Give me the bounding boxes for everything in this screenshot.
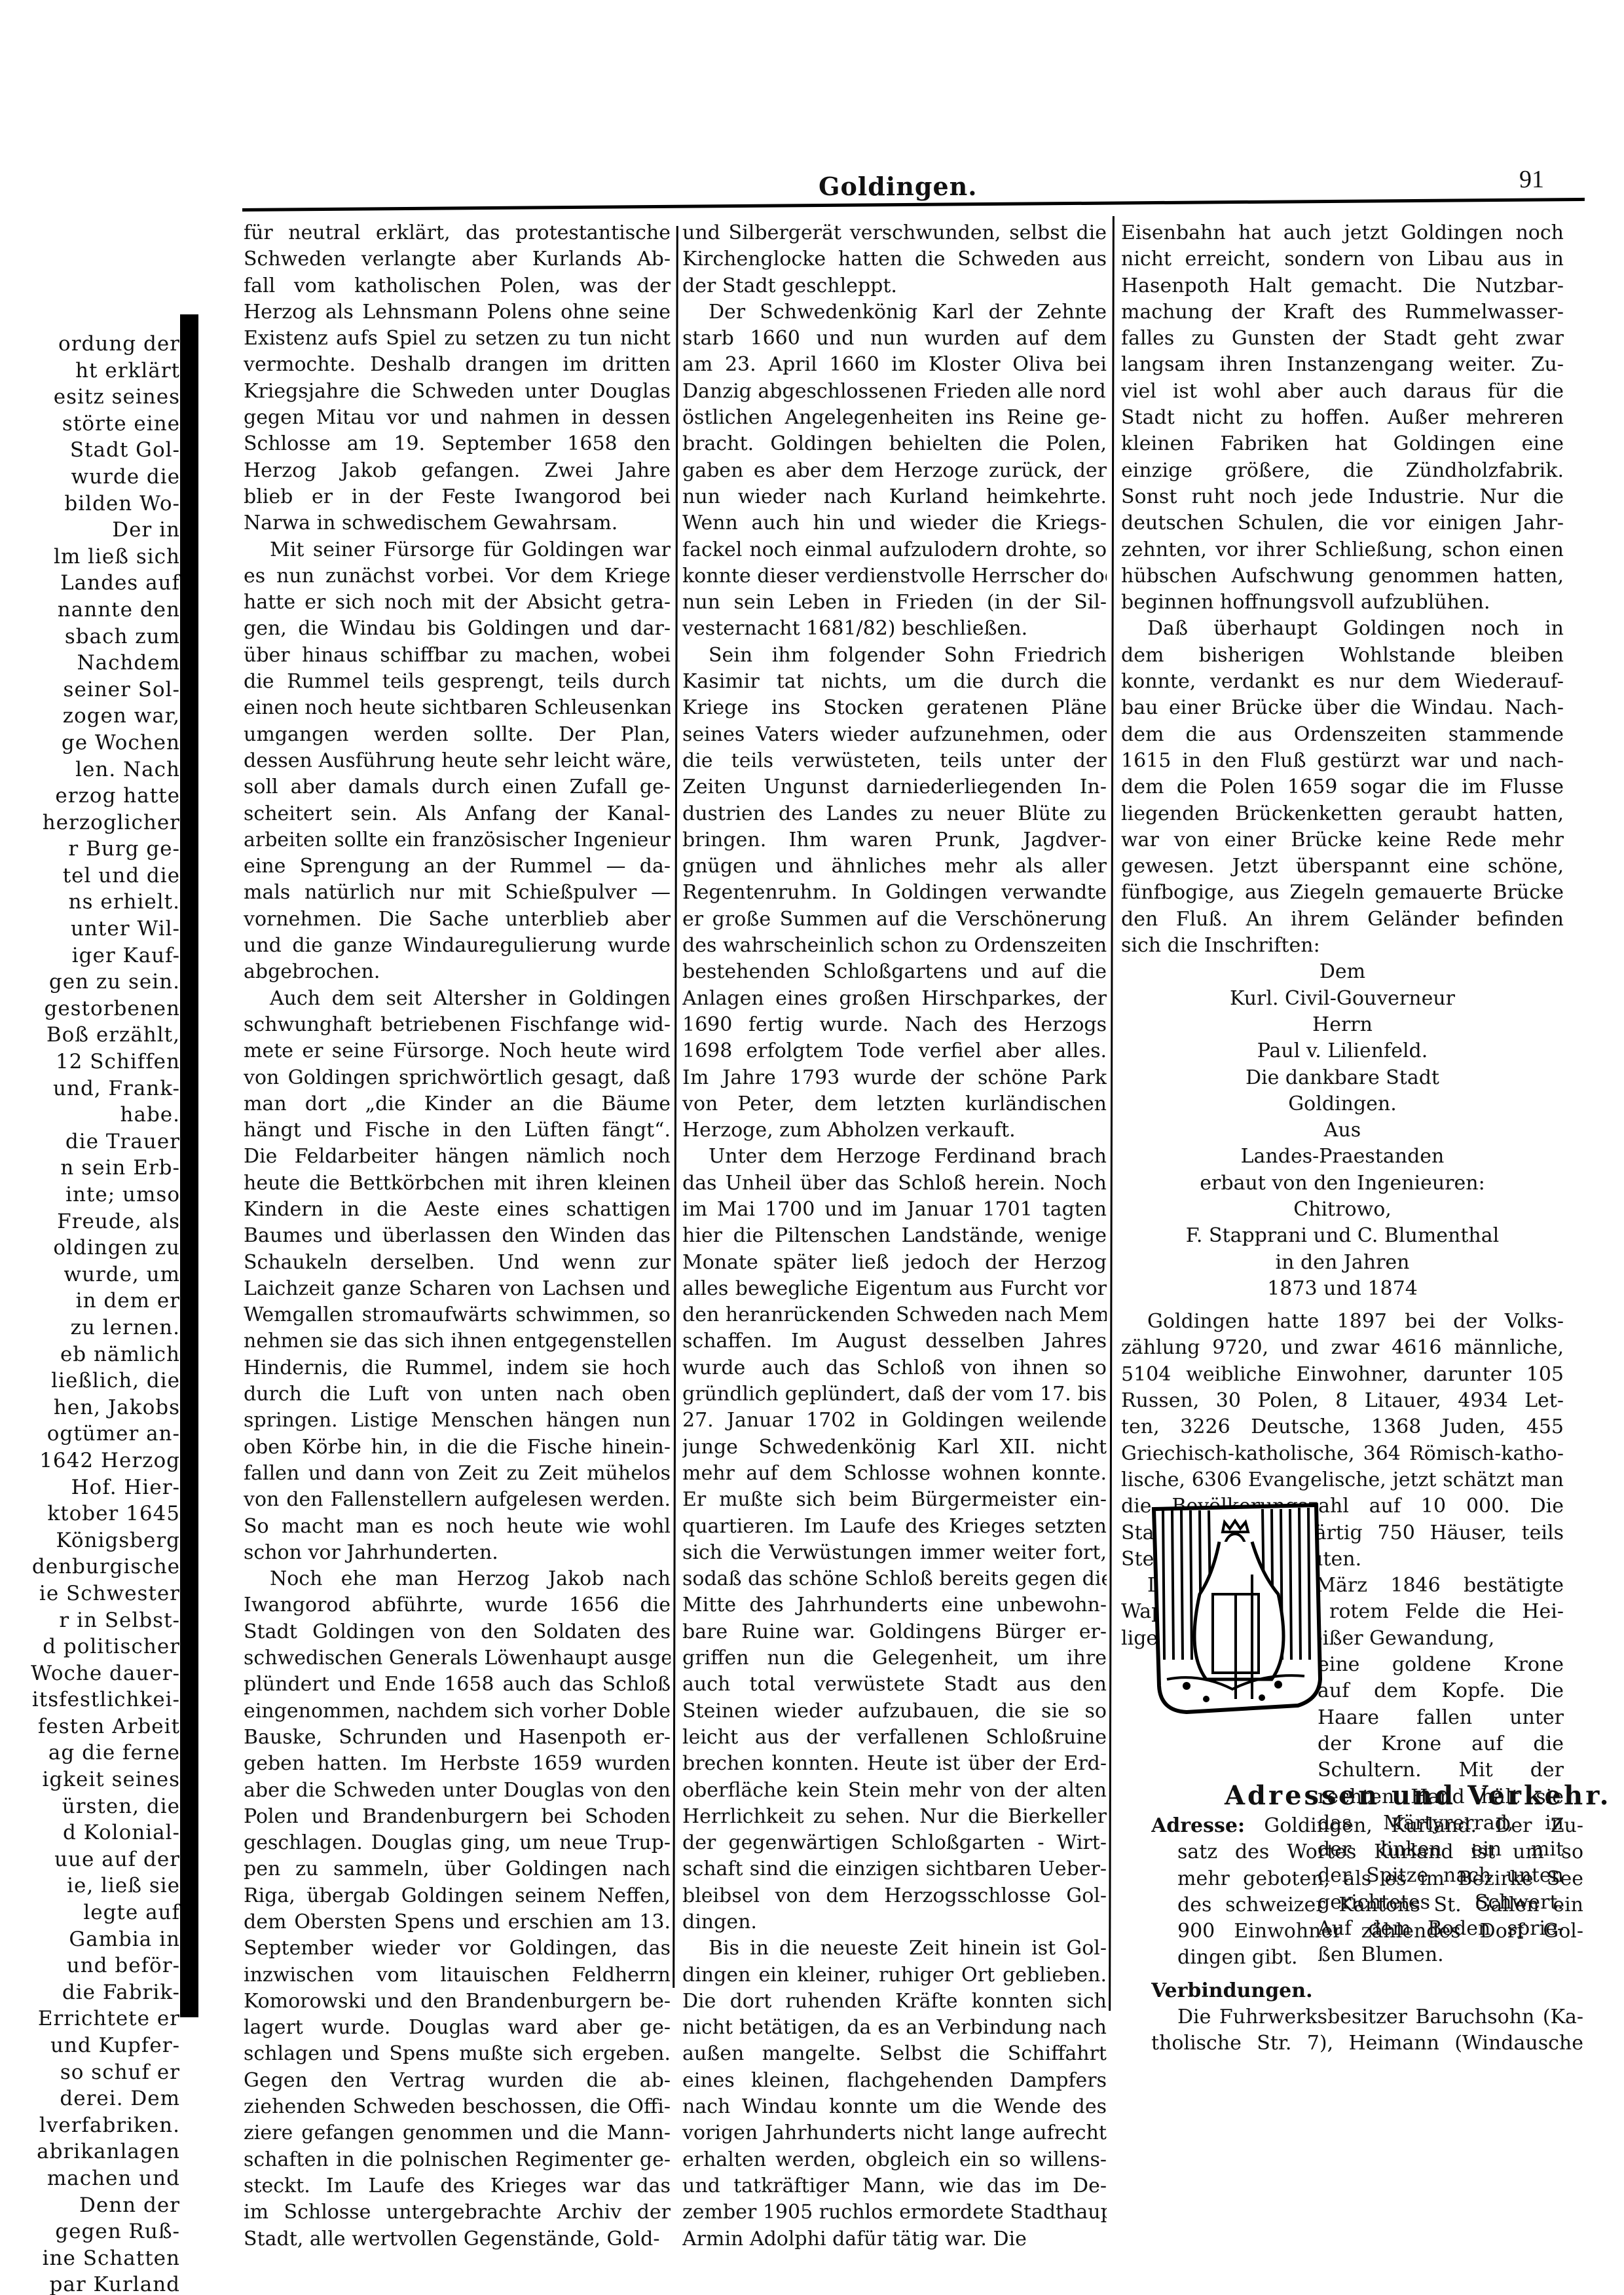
fragment-line: par Kurland — [26, 2271, 180, 2295]
fragment-line: denburgische — [26, 1554, 180, 1580]
fragment-line: n sein Erb- — [26, 1155, 180, 1182]
text-line: junge Schwedenkönig Karl XII. nicht — [682, 1434, 1107, 1461]
fragment-line: Woche dauer- — [26, 1660, 180, 1687]
text-line: gaben es aber dem Herzoge zurück, der — [682, 458, 1107, 484]
text-line: bestehenden Schloßgartens und auf die — [682, 959, 1107, 985]
fragment-line: erzog hatte — [26, 783, 180, 810]
text-line: abgebrochen. — [244, 959, 671, 985]
paragraph: Unter dem Herzoge Ferdinand brachdas Unh… — [682, 1144, 1107, 1935]
text-line: fackel noch einmal aufzulodern drohte, s… — [682, 537, 1107, 563]
text-line: liegenden Brückenketten geraubt hatten, — [1121, 801, 1564, 827]
fragment-line: gegen Ruß- — [26, 2218, 180, 2245]
fragment-line: ns erhielt. — [26, 889, 180, 916]
text-line: Iwangorod abführte, wurde 1656 die — [244, 1592, 671, 1618]
fragment-line: so schuf er — [26, 2059, 180, 2086]
text-line: dingen. — [682, 1909, 1107, 1935]
text-line: aber die Schweden unter Douglas von den — [244, 1778, 671, 1804]
column-divider — [1109, 216, 1115, 2011]
fragment-line: eb nämlich — [26, 1341, 180, 1368]
text-line: Laichzeit ganze Scharen von Lachsen und — [244, 1276, 671, 1302]
fragment-line: zogen war, — [26, 703, 180, 730]
text-line: Gegen den Vertrag wurden die ab- — [244, 2068, 671, 2094]
fragment-line: Denn der — [26, 2192, 180, 2219]
address-text: des schweizer Kantons St. Gallen ein — [1177, 1894, 1583, 1916]
text-line: fall vom katholischen Polen, was der — [244, 273, 671, 299]
text-line: im Schlosse untergebrachte Archiv der — [244, 2199, 671, 2226]
text-line: und die ganze Windauregulierung wurde — [244, 933, 671, 959]
text-line: nehmen sie das sich ihnen entgegenstelle… — [244, 1328, 671, 1354]
fragment-line: habe. — [26, 1102, 180, 1129]
address-text: dingen gibt. — [1177, 1946, 1298, 1969]
text-line: plündert und Ende 1658 auch das Schloß — [244, 1671, 671, 1698]
text-line: dem Obersten Spens und erschien am 13. — [244, 1909, 671, 1935]
text-line: ziehenden Schweden beschossen, die Offi- — [244, 2094, 671, 2120]
text-line: Narwa in schwedischem Gewahrsam. — [244, 510, 671, 536]
text-line: Danzig abgeschlossenen Frieden alle nord… — [682, 379, 1107, 405]
fragment-line: Hof. Hier- — [26, 1474, 180, 1501]
text-line: Stadt nicht zu hoffen. Außer mehreren — [1121, 405, 1564, 431]
text-line: dem die Polen 1659 sogar die im Flusse — [1121, 774, 1564, 800]
text-line: lische, 6306 Evangelische, jetzt schätzt… — [1121, 1467, 1564, 1493]
fragment-line: esitz seines — [26, 384, 180, 411]
text-line: Riga, übergab Goldingen seinem Neffen, — [244, 1883, 671, 1909]
fragment-line: hen, Jakobs — [26, 1394, 180, 1421]
text-line: er große Summen auf die Verschönerung — [682, 906, 1107, 933]
paragraph: Der Schwedenkönig Karl der Zehntestarb 1… — [682, 299, 1107, 643]
crest-text-line: Haare fallen unter — [1318, 1705, 1564, 1731]
text-column-1: für neutral erklärt, das protestantische… — [244, 220, 671, 2252]
text-line: dem die aus Ordenszeiten stammende — [1121, 722, 1564, 748]
fragment-line: sbach zum — [26, 624, 180, 650]
text-line: Der Schwedenkönig Karl der Zehnte — [682, 299, 1107, 326]
fragment-line: oldingen zu — [26, 1235, 180, 1261]
fragment-line: Landes auf — [26, 570, 180, 597]
fragment-line: tel und die — [26, 863, 180, 889]
text-line: auch total verwüstete Stadt aus den — [682, 1671, 1107, 1698]
text-line: Wemgallen stromaufwärts schwimmen, so — [244, 1302, 671, 1328]
text-line: bringen. Ihm waren Prunk, Jagdver- — [682, 827, 1107, 853]
text-line: zember 1905 ruchlos ermordete Stadthaupt — [682, 2199, 1107, 2226]
fragment-line: die Fabrik- — [26, 1979, 180, 2006]
address-label: Adresse: — [1151, 1814, 1264, 1837]
fragment-line: in dem er — [26, 1288, 180, 1315]
fragment-line: inte; umso — [26, 1182, 180, 1208]
text-line: quartieren. Im Laufe des Krieges setzten — [682, 1514, 1107, 1540]
inscription-line: Kurl. Civil-Gouverneur — [1121, 986, 1564, 1012]
fragment-line: d Kolonial- — [26, 1819, 180, 1846]
fragment-line: und beför- — [26, 1952, 180, 1979]
text-line: Monate später ließ jedoch der Herzog — [682, 1250, 1107, 1276]
text-line: Steinen wieder aufzubauen, die sie so — [682, 1698, 1107, 1725]
address-text: mehr geboten, als es im Bezirke See — [1177, 1867, 1583, 1890]
text-line: Bis in die neueste Zeit hinein ist Gol- — [682, 1935, 1107, 1962]
text-line: zehnten, vor ihrer Schließung, schon ein… — [1121, 537, 1564, 563]
text-line: 27. Januar 1702 in Goldingen weilende — [682, 1408, 1107, 1434]
text-line: umgangen werden sollte. Der Plan, — [244, 722, 671, 748]
text-line: Goldingen hatte 1897 bei der Volks- — [1121, 1309, 1564, 1335]
text-line: Kirchenglocke hatten die Schweden aus — [682, 246, 1107, 272]
fragment-line: len. Nach — [26, 756, 180, 783]
fragment-line: störte eine — [26, 411, 180, 438]
text-line: Herzog als Lehnsmann Polens ohne seine — [244, 299, 671, 326]
text-line: 5104 weibliche Einwohner, darunter 105 — [1121, 1362, 1564, 1388]
fragment-line: r in Selbst- — [26, 1607, 180, 1634]
fragment-line: 1642 Herzog — [26, 1447, 180, 1474]
fragment-line: lverfabriken. — [26, 2112, 180, 2139]
fragment-line: Königsberg — [26, 1527, 180, 1554]
text-line: einen noch heute sichtbaren Schleusenkan… — [244, 695, 671, 721]
text-line: 1698 erfolgtem Tode verfiel aber alles. — [682, 1038, 1107, 1064]
fragment-line: unter Wil- — [26, 916, 180, 942]
text-line: September wieder vor Goldingen, das — [244, 1935, 671, 1962]
text-line: bleibsel von dem Herzogsschlosse Gol- — [682, 1883, 1107, 1909]
fragment-line: legte auf — [26, 1899, 180, 1926]
fragment-line: seiner Sol- — [26, 677, 180, 703]
fragment-line: gestorbenen — [26, 996, 180, 1022]
text-line: vornehmen. Die Sache unterblieb aber — [244, 906, 671, 933]
text-line: außen mangelte. Selbst die Schiffahrt — [682, 2041, 1107, 2067]
text-line: mals natürlich nur mit Schießpulver — — [244, 880, 671, 906]
text-line: deutschen Schulen, die vor einigen Jahr- — [1121, 510, 1564, 536]
text-line: steckt. Im Laufe des Krieges war das — [244, 2173, 671, 2199]
text-line: Polen und Brandenburgern bei Schoden — [244, 1804, 671, 1830]
fragment-line: zu lernen. — [26, 1315, 180, 1341]
fragment-line: ließlich, die — [26, 1368, 180, 1394]
fragment-line: ie, ließ sie — [26, 1873, 180, 1899]
text-line: Schlosse am 19. September 1658 den — [244, 431, 671, 457]
running-head: Goldingen. — [819, 172, 977, 201]
text-line: Existenz aufs Spiel zu setzen zu tun nic… — [244, 326, 671, 352]
text-line: nicht betätigen, da es an Verbindung nac… — [682, 2015, 1107, 2041]
fragment-line: abrikanlagen — [26, 2138, 180, 2165]
paragraph: Bis in die neueste Zeit hinein ist Gol-d… — [682, 1935, 1107, 2252]
text-line: Im Jahre 1793 wurde der schöne Park — [682, 1065, 1107, 1091]
fragment-line: Gambia in — [26, 1926, 180, 1953]
inscription-line: Herrn — [1121, 1012, 1564, 1038]
text-line: vermochte. Deshalb drangen im dritten — [244, 352, 671, 378]
inscription-line: Goldingen. — [1121, 1091, 1564, 1117]
fragment-line: igkeit seines — [26, 1766, 180, 1793]
text-line: heute die Bettkörbchen mit ihren kleinen — [244, 1170, 671, 1197]
text-line: So macht man es noch heute wie wohl — [244, 1514, 671, 1540]
text-line: 1615 in den Fluß gestürzt war und nach- — [1121, 748, 1564, 774]
inscription-line: Aus — [1121, 1117, 1564, 1144]
connections-heading: Verbindungen. — [1151, 1978, 1583, 2004]
crest-text-line: auf dem Kopfe. Die — [1318, 1678, 1564, 1704]
address-line: dingen gibt. — [1151, 1945, 1583, 1971]
fragment-line: herzoglicher — [26, 810, 180, 836]
text-line: 1690 fertig wurde. Nach des Herzogs — [682, 1012, 1107, 1038]
text-column-2: und Silbergerät verschwunden, selbst die… — [682, 220, 1107, 2252]
text-line: eines kleinen, flachgehenden Dampfers — [682, 2068, 1107, 2094]
text-line: Stadt Goldingen von den Soldaten des — [244, 1619, 671, 1645]
text-line: ziere gefangen genommen und die Mann- — [244, 2120, 671, 2146]
inscription-line: Dem — [1121, 959, 1564, 985]
text-line: wurde auch das Schloß von ihnen so — [682, 1355, 1107, 1381]
fragment-line: Nachdem — [26, 650, 180, 677]
text-line: Kriege ins Stocken geratenen Pläne — [682, 695, 1107, 721]
connections-line: Die Fuhrwerksbesitzer Baruchsohn (Ka- — [1151, 2004, 1583, 2030]
text-line: soll aber damals durch einen Zufall ge- — [244, 774, 671, 800]
text-line: hübschen Aufschwung genommen hatten, — [1121, 563, 1564, 589]
text-line: Unter dem Herzoge Ferdinand brach — [682, 1144, 1107, 1170]
page-number: 91 — [1519, 165, 1544, 194]
inscription-line: in den Jahren — [1121, 1250, 1564, 1276]
fragment-line: ordung der — [26, 331, 180, 358]
text-line: Hindernis, die Rummel, indem sie hoch — [244, 1355, 671, 1381]
text-line: war von einer Brücke keine Rede mehr — [1121, 827, 1564, 853]
text-line: springen. Listige Menschen hängen nun — [244, 1408, 671, 1434]
inscription-line: F. Stapprani und C. Blumenthal — [1121, 1223, 1564, 1249]
text-line: machung der Kraft des Rummelwasser- — [1121, 299, 1564, 326]
crest-text-line: eine goldene Krone — [1318, 1652, 1564, 1678]
fragment-line: 12 Schiffen — [26, 1049, 180, 1075]
fragment-line: die Trauer — [26, 1129, 180, 1155]
page-gutter-shadow — [180, 314, 198, 2017]
text-line: Komorowski und den Brandenburgern be- — [244, 1988, 671, 2015]
fragment-line: itsfestlichkei- — [26, 1687, 180, 1713]
text-line: geschlagen. Douglas ging, um neue Trup- — [244, 1830, 671, 1856]
text-line: Herrlichkeit zu sehen. Nur die Bierkelle… — [682, 1804, 1107, 1830]
text-line: und tatkräftiger Mann, wie das im De- — [682, 2173, 1107, 2199]
fragment-line: ht erklärt — [26, 358, 180, 384]
inscription-line: erbaut von den Ingenieuren: — [1121, 1170, 1564, 1197]
text-line: Regentenruhm. In Goldingen verwandte — [682, 880, 1107, 906]
text-line: nicht erreicht, sondern von Libau aus in — [1121, 246, 1564, 272]
text-line: dessen Ausführung heute sehr leicht wäre… — [244, 748, 671, 774]
text-line: hängt und Fische in den Lüften fängt“. — [244, 1117, 671, 1144]
text-line: sodaß das schöne Schloß bereits gegen di… — [682, 1566, 1107, 1592]
inscription-line: Landes-Praestanden — [1121, 1144, 1564, 1170]
text-line: das Unheil über das Schloß herein. Noch — [682, 1170, 1107, 1197]
text-line: Mitte des Jahrhunderts eine unbewohn- — [682, 1592, 1107, 1618]
text-line: östlichen Angelegenheiten ins Reine ge- — [682, 405, 1107, 431]
text-line: griffen nun die Gelegenheit, um ihre — [682, 1645, 1107, 1671]
text-line: Schweden verlangte aber Kurlands Ab- — [244, 246, 671, 272]
text-line: nun sein Leben in Frieden (in der Sil- — [682, 589, 1107, 616]
text-line: Eisenbahn hat auch jetzt Goldingen noch — [1121, 220, 1564, 246]
inscription-line: Paul v. Lilienfeld. — [1121, 1038, 1564, 1064]
text-line: bau einer Brücke über die Windau. Nach- — [1121, 695, 1564, 721]
address-line: mehr geboten, als es im Bezirke See — [1151, 1866, 1583, 1892]
text-line: man dort „die Kinder an die Bäume — [244, 1091, 671, 1117]
text-line: erhalten werden, obgleich ein so willens… — [682, 2147, 1107, 2173]
address-section: Adresse: Goldingen, Kurland. Der Zu-satz… — [1151, 1813, 1583, 2057]
fragment-line: bilden Wo- — [26, 491, 180, 517]
paragraph: und Silbergerät verschwunden, selbst die… — [682, 220, 1107, 299]
text-line: vesternacht 1681/82) beschließen. — [682, 616, 1107, 642]
text-line: Mit seiner Fürsorge für Goldingen war — [244, 537, 671, 563]
text-line: konnte, verdankt es nur dem Wiederauf- — [1121, 669, 1564, 695]
paragraph: Auch dem seit Altersher in Goldingenschw… — [244, 986, 671, 1567]
text-line: Sonst ruht noch jede Industrie. Nur die — [1121, 484, 1564, 510]
fragment-line: ine Schatten — [26, 2245, 180, 2272]
fragment-line: festen Arbeit — [26, 1713, 180, 1740]
text-line: dem bisherigen Wohlstande bleiben — [1121, 643, 1564, 669]
crest-text-line: der Krone auf die — [1318, 1731, 1564, 1757]
text-line: im Mai 1700 und im Januar 1701 tagten — [682, 1197, 1107, 1223]
text-line: die teils verwüsteten, teils unter der — [682, 748, 1107, 774]
text-line: oberfläche kein Stein mehr von der alten — [682, 1778, 1107, 1804]
fragment-line: ürsten, die — [26, 1793, 180, 1820]
text-line: schaffen. Im August desselben Jahres — [682, 1328, 1107, 1354]
text-line: Stadt, alle wertvollen Gegenstände, Gold… — [244, 2226, 671, 2252]
text-line: falles zu Gunsten der Stadt geht zwar — [1121, 326, 1564, 352]
text-line: Armin Adolphi dafür tätig war. Die — [682, 2226, 1107, 2252]
text-line: gen, die Windau bis Goldingen und dar- — [244, 616, 671, 642]
paragraph: für neutral erklärt, das protestantische… — [244, 220, 671, 537]
text-line: brechen konnten. Heute ist über der Erd- — [682, 1751, 1107, 1777]
fragment-line: nannte den — [26, 597, 180, 624]
fragment-line: Errichtete er — [26, 2006, 180, 2032]
text-line: von Peter, dem letzten kurländischen — [682, 1091, 1107, 1117]
text-line: von den Fallenstellern aufgelesen werden… — [244, 1487, 671, 1513]
text-line: pen zu sammeln, über Goldingen nach — [244, 1856, 671, 1882]
text-line: von Goldingen sprichwörtlich gesagt, daß — [244, 1065, 671, 1091]
connections-line: tholische Str. 7), Heimann (Windausche — [1151, 2030, 1583, 2057]
text-line: schon vor Jahrhunderten. — [244, 1540, 671, 1566]
text-line: Zeiten Ungunst darniederliegenden In- — [682, 774, 1107, 800]
text-line: gewesen. Jetzt überspannt eine schöne, — [1121, 853, 1564, 880]
text-line: schlagen und Spens mußte sich ergeben. — [244, 2041, 671, 2067]
paragraph: Noch ehe man Herzog Jakob nachIwangorod … — [244, 1566, 671, 2252]
text-line: starb 1660 und nun wurden auf dem — [682, 326, 1107, 352]
address-line: des schweizer Kantons St. Gallen ein — [1151, 1892, 1583, 1918]
paragraph: Sein ihm folgender Sohn FriedrichKasimir… — [682, 643, 1107, 1144]
fragment-line: ogtümer an- — [26, 1421, 180, 1447]
fragment-line: ie Schwester — [26, 1580, 180, 1607]
text-line: nach Windau konnte um die Wende des — [682, 2094, 1107, 2120]
fragment-line: ktober 1645 — [26, 1501, 180, 1527]
text-line: gegen Mitau vor und nahmen in dessen — [244, 405, 671, 431]
text-line: Kriegsjahre die Schweden unter Douglas — [244, 379, 671, 405]
text-line: und Silbergerät verschwunden, selbst die — [682, 220, 1107, 246]
fragment-line: gen zu sein. — [26, 969, 180, 996]
text-line: der Stadt geschleppt. — [682, 273, 1107, 299]
text-line: blieb er in der Feste Iwangorod bei — [244, 484, 671, 510]
text-line: schwunghaft betriebenen Fischfange wid- — [244, 1012, 671, 1038]
fragment-line: ge Wochen — [26, 730, 180, 756]
text-line: geben hatten. Im Herbste 1659 wurden — [244, 1751, 671, 1777]
address-text: 900 Einwohner zählendes Dorf Gol- — [1177, 1920, 1583, 1943]
inscription-line: 1873 und 1874 — [1121, 1276, 1564, 1302]
text-line: schaften in die polnischen Regimenter ge… — [244, 2147, 671, 2173]
text-line: den Fluß. An ihrem Geländer befinden — [1121, 906, 1564, 933]
text-line: es nun zunächst vorbei. Vor dem Kriege — [244, 563, 671, 589]
text-line: Kasimir tat nichts, um die durch die — [682, 669, 1107, 695]
text-line: eine Sprengung an der Rummel — da- — [244, 853, 671, 880]
text-line: scheitert sein. Als Anfang der Kanal- — [244, 801, 671, 827]
fragment-line: derei. Dem — [26, 2085, 180, 2112]
fragment-line: wurde, um — [26, 1261, 180, 1288]
bridge-inscription: DemKurl. Civil-GouverneurHerrnPaul v. Li… — [1121, 959, 1564, 1302]
text-line: zählung 9720, und zwar 4616 männliche, — [1121, 1335, 1564, 1361]
text-line: oben Körbe hin, in die die Fische hinein… — [244, 1434, 671, 1461]
text-line: Griechisch-katholische, 364 Römisch-kath… — [1121, 1441, 1564, 1467]
text-line: bare Ruine war. Goldingens Bürger er- — [682, 1619, 1107, 1645]
previous-page-fragment: ordung derht erklärtesitz seinesstörte e… — [26, 331, 180, 2295]
text-line: nun wieder nach Kurland heimkehrte. — [682, 484, 1107, 510]
fragment-line: iger Kauf- — [26, 942, 180, 969]
fragment-line: Boß erzählt, — [26, 1022, 180, 1049]
fragment-line: machen und — [26, 2165, 180, 2192]
inscription-line: Chitrowo, — [1121, 1197, 1564, 1223]
text-line: eingenommen, nachdem sich vorher Doblen, — [244, 1698, 671, 1725]
text-line: konnte dieser verdienstvolle Herrscher d… — [682, 563, 1107, 589]
fragment-line: uue auf der — [26, 1846, 180, 1873]
text-line: Die Feldarbeiter hängen nämlich noch — [244, 1144, 671, 1170]
text-line: einzige größere, die Zündholzfabrik. — [1121, 458, 1564, 484]
text-line: arbeiten sollte ein französischer Ingeni… — [244, 827, 671, 853]
text-line: ten, 3226 Deutsche, 1368 Juden, 455 — [1121, 1414, 1564, 1440]
text-line: seines Vaters wieder aufzunehmen, oder — [682, 722, 1107, 748]
text-line: lagert wurde. Douglas ward aber ge- — [244, 2015, 671, 2041]
text-line: hier die Piltenschen Landstände, wenige — [682, 1223, 1107, 1249]
text-line: hatte er sich noch mit der Absicht getra… — [244, 589, 671, 616]
text-line: fünfbogige, aus Ziegeln gemauerte Brücke — [1121, 880, 1564, 906]
paragraph: Daß überhaupt Goldingen noch indem bishe… — [1121, 616, 1564, 959]
inscription-line: Die dankbare Stadt — [1121, 1065, 1564, 1091]
fragment-line: wurde die — [26, 464, 180, 491]
fragment-line: Der in — [26, 517, 180, 544]
text-line: bracht. Goldingen behielten die Polen, — [682, 431, 1107, 457]
address-text: satz des Wortes Kurland ist um so — [1177, 1840, 1583, 1863]
section-heading-adressen-und-verkehr: Adressen und Verkehr. — [1225, 1780, 1612, 1811]
text-line: inzwischen vom litauischen Feldherrn — [244, 1962, 671, 1988]
text-line: langsam ihren Instanzengang weiter. Zu- — [1121, 352, 1564, 378]
text-line: alles bewegliche Eigentum aus Furcht vor — [682, 1276, 1107, 1302]
text-line: Hasenpoth Halt gemacht. Die Nutzbar- — [1121, 273, 1564, 299]
text-line: Wenn auch hin und wieder die Kriegs- — [682, 510, 1107, 536]
address-line: 900 Einwohner zählendes Dorf Gol- — [1151, 1918, 1583, 1945]
text-line: Schaukeln derselben. Und wenn zur — [244, 1250, 671, 1276]
fragment-line: und, Frank- — [26, 1075, 180, 1102]
text-line: leicht aus der verfallenen Schloßruine — [682, 1725, 1107, 1751]
text-line: über hinaus schiffbar zu machen, wobei — [244, 643, 671, 669]
fragment-line: und Kupfer- — [26, 2032, 180, 2059]
text-line: Daß überhaupt Goldingen noch in — [1121, 616, 1564, 642]
text-line: mete er seine Fürsorge. Noch heute wird — [244, 1038, 671, 1064]
text-line: für neutral erklärt, das protestantische — [244, 220, 671, 246]
fragment-line: Stadt Gol- — [26, 437, 180, 464]
paragraph: Eisenbahn hat auch jetzt Goldingen nochn… — [1121, 220, 1564, 616]
text-line: mehr auf dem Schlosse wohnen konnte. — [682, 1461, 1107, 1487]
fragment-line: lm ließ sich — [26, 544, 180, 570]
text-line: dustrien des Landes zu neuer Blüte zu — [682, 801, 1107, 827]
text-line: am 23. April 1660 im Kloster Oliva bei — [682, 352, 1107, 378]
text-line: gründlich geplündert, daß der vom 17. bi… — [682, 1381, 1107, 1408]
text-line: des wahrscheinlich schon zu Ordenszeiten — [682, 933, 1107, 959]
address-text: Goldingen, Kurland. Der Zu- — [1264, 1814, 1583, 1837]
fragment-line: ag die ferne — [26, 1740, 180, 1766]
text-line: Noch ehe man Herzog Jakob nach — [244, 1566, 671, 1592]
text-line: der gegenwärtigen Schloßgarten - Wirt- — [682, 1830, 1107, 1856]
fragment-line: d politischer — [26, 1633, 180, 1660]
text-line: Herzog Jakob gefangen. Zwei Jahre — [244, 458, 671, 484]
text-line: schaft sind die einzigen sichtbaren Uebe… — [682, 1856, 1107, 1882]
text-line: dingen ein kleiner, ruhiger Ort gebliebe… — [682, 1962, 1107, 1988]
text-line: vorigen Jahrhunderts nicht lange aufrech… — [682, 2120, 1107, 2146]
text-line: Auch dem seit Altersher in Goldingen — [244, 986, 671, 1012]
text-line: die Rummel teils gesprengt, teils durch — [244, 669, 671, 695]
address-line: Adresse: Goldingen, Kurland. Der Zu- — [1151, 1813, 1583, 1839]
text-line: Russen, 30 Polen, 8 Litauer, 4934 Let- — [1121, 1388, 1564, 1414]
text-line: Anlagen eines großen Hirschparkes, der — [682, 986, 1107, 1012]
text-line: sich die Verwüstungen immer weiter fort, — [682, 1540, 1107, 1566]
fragment-line: Freude, als — [26, 1208, 180, 1235]
text-line: kleinen Fabriken hat Goldingen eine — [1121, 431, 1564, 457]
text-line: Bauske, Schrunden und Hasenpoth er- — [244, 1725, 671, 1751]
